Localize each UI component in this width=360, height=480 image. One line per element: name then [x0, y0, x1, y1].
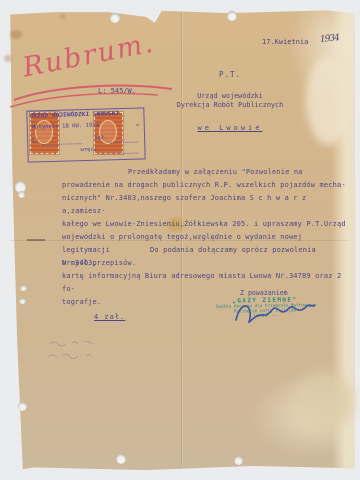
- receipt-stamp-line: [110, 135, 138, 144]
- enclosures-note: 4 zał.: [94, 313, 125, 321]
- receipt-stamp-title: URZĄD WOJEWÓDZKI LWOWSKI: [29, 111, 119, 120]
- body-line: kałego we Lwowie-Zniesieniu,Żółkiewska 2…: [62, 218, 354, 231]
- handwritten-signature: [228, 296, 318, 330]
- punch-hole-top-left: [110, 13, 120, 23]
- body-line: prowadzenie na drogach publicznych R.P. …: [62, 179, 354, 192]
- receipt-stamp-arrow: ←: [136, 121, 140, 128]
- punch-hole-bottom-right: [234, 456, 243, 465]
- recipient-city: we Lwowie: [150, 124, 310, 132]
- receipt-stamp-received: Wpłynęło 18 KW. 1934: [32, 123, 100, 131]
- punch-hole-left-middle-frag: [18, 191, 25, 198]
- body-line: kartę informacyjną Biura adresowego mias…: [62, 270, 354, 296]
- salutation: P.T.: [219, 70, 241, 79]
- scanned-letter-page: Rubrum. 17.Kwietnia 1934 P.T. L: 545/W. …: [0, 0, 360, 480]
- date-handwritten: 1934: [320, 33, 340, 45]
- receipt-stamp-field-l: L:: [32, 137, 39, 144]
- receipt-stamp-box: URZĄD WOJEWÓDZKI LWOWSKI Wpłynęło 18 KW.…: [26, 107, 145, 162]
- receipt-stamp-field-wrecz: wręcz.: [80, 147, 100, 154]
- punch-hole-bottom-left: [116, 454, 126, 464]
- punch-hole-top-right: [227, 11, 237, 21]
- rubrum-underline-flourish: [8, 80, 178, 112]
- body-line: Przedkładamy w załączeniu "Pozwolenie na: [62, 166, 354, 179]
- faint-pencil-marks: [46, 338, 116, 364]
- body-line: Do podania dołączamy oprócz pozwolenia N…: [62, 244, 354, 270]
- punch-hole-left-small-1: [20, 285, 27, 291]
- punch-hole-left-lower: [18, 402, 27, 411]
- body-line: nicznych" Nr.3403,naszego szofera Joachi…: [62, 192, 354, 218]
- punch-hole-left-small-2: [19, 298, 26, 304]
- receipt-stamp-line: [42, 136, 82, 145]
- receipt-stamp-field-zal: zał.: [94, 135, 108, 141]
- date-typed: 17.Kwietnia: [262, 38, 308, 46]
- receipt-stamp-line: [100, 146, 138, 155]
